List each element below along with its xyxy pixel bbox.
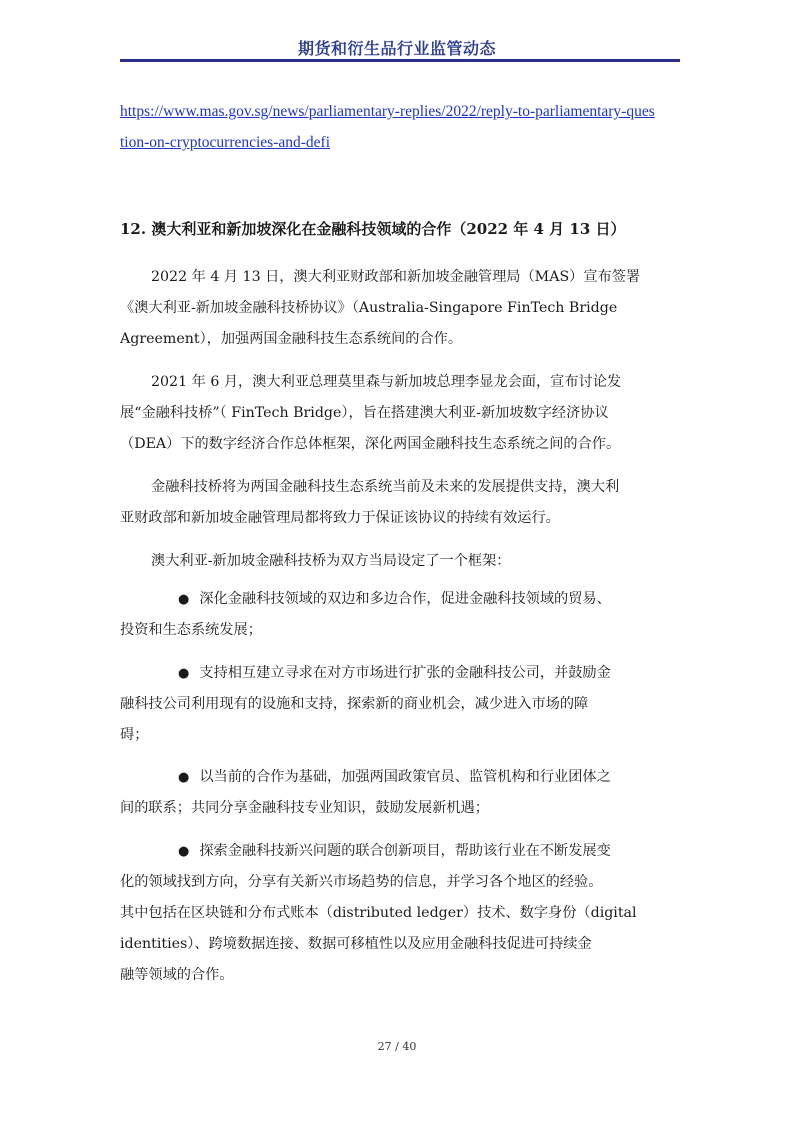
bullet-text: 融科技公司利用现有的设施和支持，探索新的商业机会，减少进入市场的障 (120, 689, 676, 720)
paragraph-line: 金融科技桥将为两国金融科技生态系统当前及未来的发展提供支持，澳大利 (120, 472, 676, 503)
paragraph-line: （DEA）下的数字经济合作总体框架，深化两国金融科技生态系统之间的合作。 (120, 429, 676, 460)
section-heading: 12. 澳大利亚和新加坡深化在金融科技领域的合作（2022 年 4 月 13 日… (120, 218, 680, 239)
bullet-icon: ● (178, 666, 189, 681)
bullet-item-1: ●深化金融科技领域的双边和多边合作，促进金融科技领域的贸易、 投资和生态系统发展… (120, 584, 676, 646)
paragraph-1: 2022 年 4 月 13 日，澳大利亚财政部和新加坡金融管理局（MAS）宣布签… (120, 262, 676, 355)
bullet-item-4: ●探索金融科技新兴问题的联合创新项目，帮助该行业在不断发展变 化的领域找到方向，… (120, 836, 676, 991)
paragraph-line: 亚财政部和新加坡金融管理局都将致力于保证该协议的持续有效运行。 (120, 503, 676, 534)
page-number: 27 / 40 (0, 1040, 794, 1053)
paragraph-line: 展“金融科技桥”（ FinTech Bridge），旨在搭建澳大利亚-新加坡数字… (120, 398, 676, 429)
bullet-text: 融等领域的合作。 (120, 960, 676, 991)
paragraph-line: 2022 年 4 月 13 日，澳大利亚财政部和新加坡金融管理局（MAS）宣布签… (120, 262, 676, 293)
paragraph-3: 金融科技桥将为两国金融科技生态系统当前及未来的发展提供支持，澳大利 亚财政部和新… (120, 472, 676, 534)
bullet-text: 支持相互建立寻求在对方市场进行扩张的金融科技公司，并鼓励金 (199, 665, 610, 681)
source-link-line-2[interactable]: tion-on-cryptocurrencies-and-defi (120, 128, 680, 158)
bullet-text: 投资和生态系统发展； (120, 615, 676, 646)
bullet-text: 探索金融科技新兴问题的联合创新项目，帮助该行业在不断发展变 (199, 843, 610, 859)
header-title: 期货和衍生品行业监管动态 (0, 36, 794, 59)
paragraph-4: 澳大利亚-新加坡金融科技桥为双方当局设定了一个框架： (120, 546, 676, 577)
paragraph-2: 2021 年 6 月，澳大利亚总理莫里森与新加坡总理李显龙会面，宣布讨论发 展“… (120, 367, 676, 460)
bullet-text: 以当前的合作为基础，加强两国政策官员、监管机构和行业团体之 (199, 769, 610, 785)
bullet-text: 碍； (120, 720, 676, 751)
bullet-icon: ● (178, 844, 189, 859)
bullet-text: 深化金融科技领域的双边和多边合作，促进金融科技领域的贸易、 (199, 591, 610, 607)
bullet-item-3: ●以当前的合作为基础，加强两国政策官员、监管机构和行业团体之 间的联系；共同分享… (120, 762, 676, 824)
source-link-line-1[interactable]: https://www.mas.gov.sg/news/parliamentar… (120, 97, 680, 127)
paragraph-line: Agreement），加强两国金融科技生态系统间的合作。 (120, 324, 676, 355)
header-divider (120, 59, 680, 62)
paragraph-line: 《澳大利亚-新加坡金融科技桥协议》（Australia-Singapore Fi… (120, 293, 676, 324)
paragraph-line: 澳大利亚-新加坡金融科技桥为双方当局设定了一个框架： (120, 546, 676, 577)
bullet-item-2: ●支持相互建立寻求在对方市场进行扩张的金融科技公司，并鼓励金 融科技公司利用现有… (120, 658, 676, 751)
bullet-text: 间的联系；共同分享金融科技专业知识，鼓励发展新机遇； (120, 793, 676, 824)
bullet-text: 化的领域找到方向，分享有关新兴市场趋势的信息，并学习各个地区的经验。 (120, 867, 676, 898)
bullet-icon: ● (178, 592, 189, 607)
bullet-text: 其中包括在区块链和分布式账本（distributed ledger）技术、数字身… (120, 898, 676, 929)
paragraph-line: 2021 年 6 月，澳大利亚总理莫里森与新加坡总理李显龙会面，宣布讨论发 (120, 367, 676, 398)
bullet-icon: ● (178, 770, 189, 785)
bullet-text: identities）、跨境数据连接、数据可移植性以及应用金融科技促进可持续金 (120, 929, 676, 960)
